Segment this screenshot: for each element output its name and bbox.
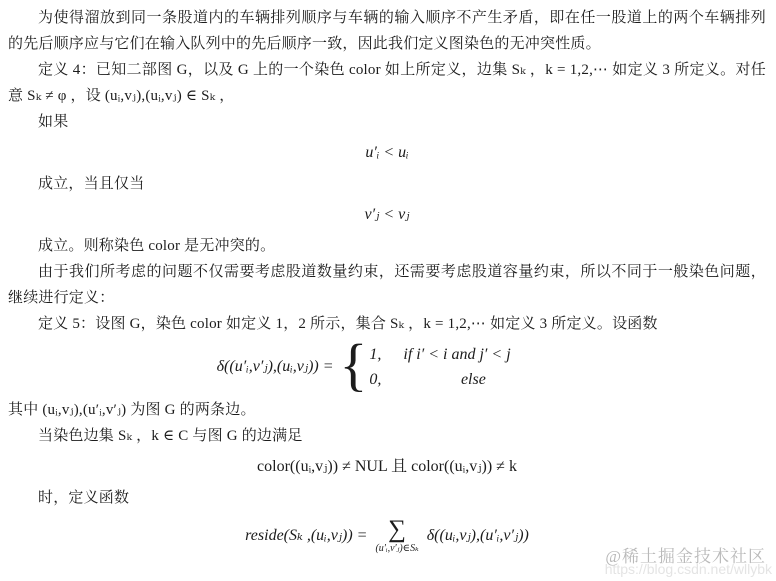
cases-rows: 1, if i′ < i and j′ < j 0, else <box>369 342 557 392</box>
formula-u-inequality-text: u′ᵢ < uᵢ <box>365 144 408 161</box>
case1-value: 1, <box>369 342 389 367</box>
case2-value: 0, <box>369 367 389 392</box>
paragraph-define-function: 时，定义函数 <box>8 485 766 511</box>
paragraph-colored-edge-set: 当染色边集 Sₖ ，k ∈ C 与图 G 的边满足 <box>8 423 766 449</box>
formula-v-inequality-text: v′ⱼ < vⱼ <box>365 206 410 223</box>
case2-condition: else <box>389 367 557 392</box>
watermark-community-label: @稀土掘金技术社区 <box>605 542 766 567</box>
document-page: 为使得溜放到同一条股道内的车辆排列顺序与车辆的输入顺序不产生矛盾，即在任一股道上… <box>0 0 776 555</box>
color-condition-text: color((uᵢ,vⱼ)) ≠ NUL 且 color((uᵢ,vⱼ)) ≠ … <box>257 458 517 475</box>
watermark: https://blog.csdn.net/wllybk @稀土掘金技术社区 <box>476 521 776 581</box>
formula-u-inequality: u′ᵢ < uᵢ <box>8 140 766 166</box>
reside-left-hand-side: reside(Sₖ ,(uᵢ,vⱼ)) = <box>245 523 367 549</box>
paragraph-constraints: 由于我们所考虑的问题不仅需要考虑股道数量约束，还需要考虑股道容量约束，所以不同于… <box>8 259 766 311</box>
paragraph-definition-5: 定义 5：设图 G，染色 color 如定义 1，2 所示，集合 Sₖ ，k =… <box>8 311 766 337</box>
paragraph-holds-iff: 成立，当且仅当 <box>8 171 766 197</box>
cases-brace: { <box>340 339 368 391</box>
paragraph-definition-4: 定义 4：已知二部图 G，以及 G 上的一个染色 color 如上所定义，边集 … <box>8 57 766 109</box>
delta-left-hand-side: δ((u′ᵢ,v′ⱼ),(uᵢ,vⱼ)) = <box>217 354 334 380</box>
sum-operator: ∑ (u′ᵢ,v′ⱼ)∈Sₖ <box>375 517 418 555</box>
formula-v-inequality: v′ⱼ < vⱼ <box>8 202 766 228</box>
formula-delta-definition: δ((u′ᵢ,v′ⱼ),(uᵢ,vⱼ)) = { 1, if i′ < i an… <box>8 341 766 393</box>
formula-color-condition: color((uᵢ,vⱼ)) ≠ NUL 且 color((uᵢ,vⱼ)) ≠ … <box>8 454 766 480</box>
paragraph-if: 如果 <box>8 109 766 135</box>
case-row-2: 0, else <box>369 367 557 392</box>
sigma-symbol: ∑ <box>388 517 406 543</box>
case1-condition: if i′ < i and j′ < j <box>389 342 557 367</box>
paragraph-conflict-free: 成立。则称染色 color 是无冲突的。 <box>8 233 766 259</box>
case-row-1: 1, if i′ < i and j′ < j <box>369 342 557 367</box>
paragraph-intro: 为使得溜放到同一条股道内的车辆排列顺序与车辆的输入顺序不产生矛盾，即在任一股道上… <box>8 5 766 57</box>
sum-subscript: (u′ᵢ,v′ⱼ)∈Sₖ <box>375 543 418 555</box>
paragraph-two-edges: 其中 (uᵢ,vⱼ),(u′ᵢ,v′ⱼ) 为图 G 的两条边。 <box>8 397 766 423</box>
